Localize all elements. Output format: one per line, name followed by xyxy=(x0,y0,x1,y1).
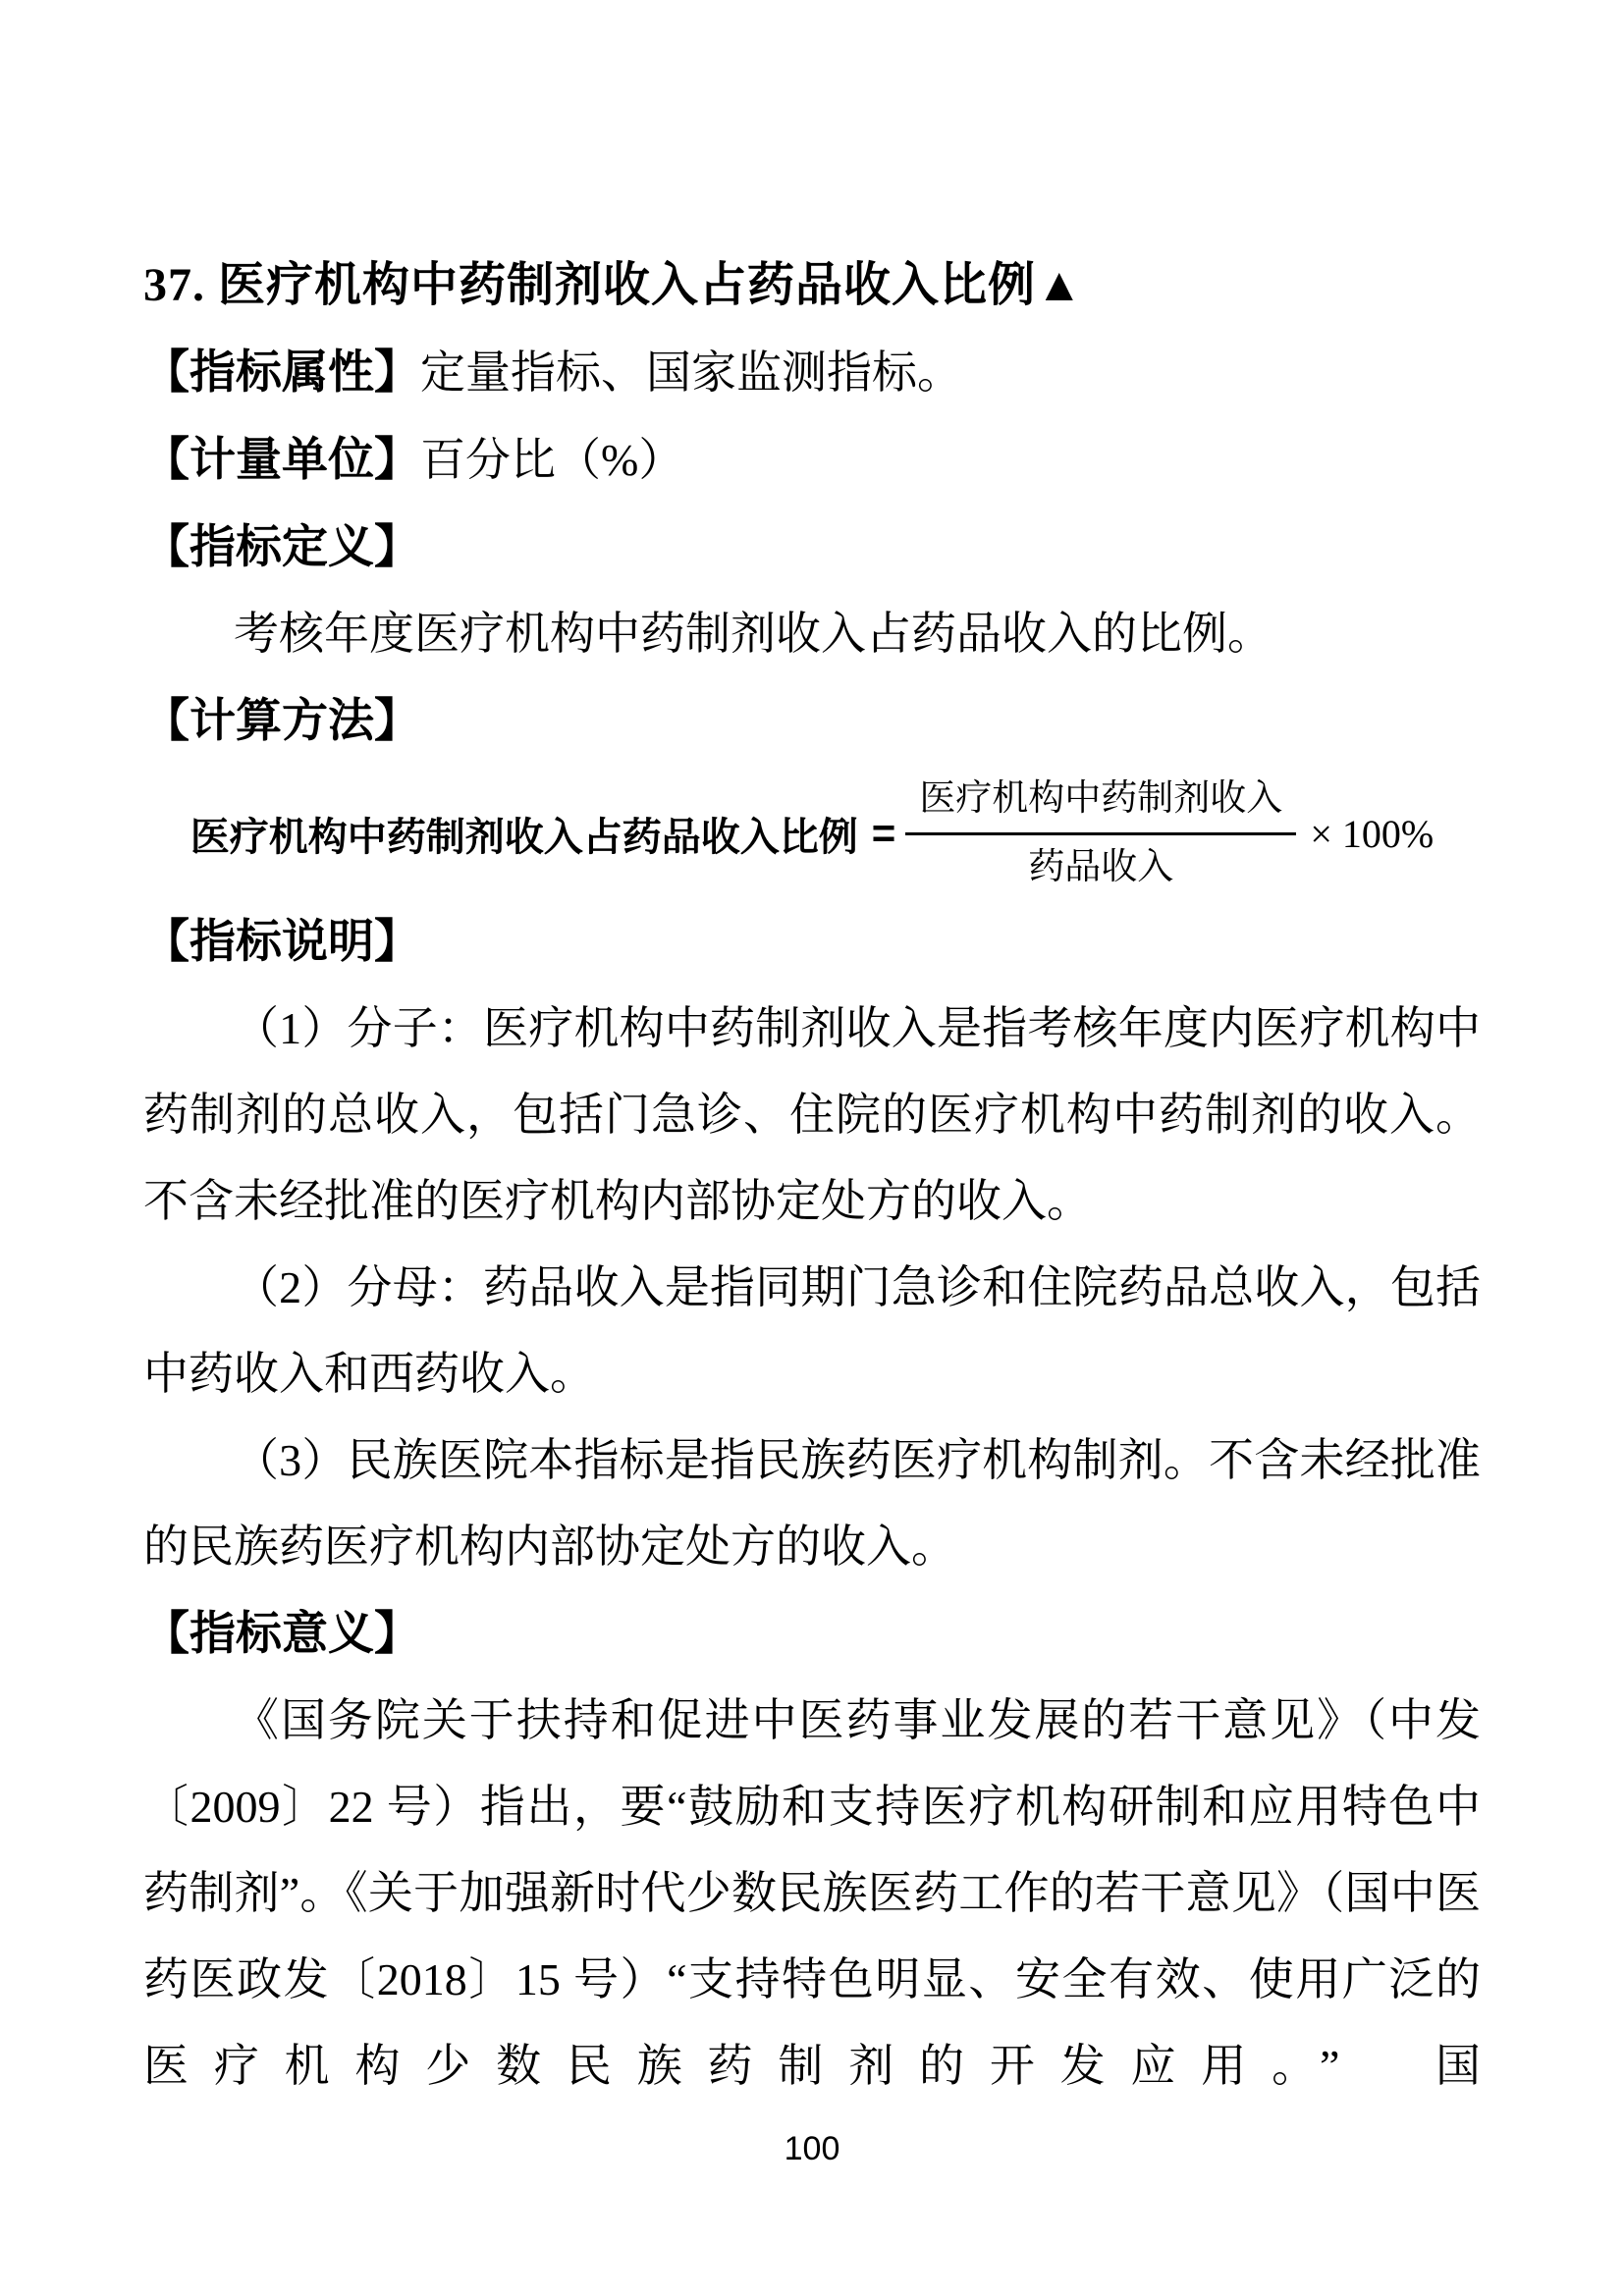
section-definition-heading: 【指标定义】 xyxy=(143,504,1481,591)
section-attribute: 【指标属性】定量指标、国家监测指标。 xyxy=(143,329,1481,416)
definition-text: 考核年度医疗机构中药制剂收入占药品收入的比例。 xyxy=(143,591,1481,677)
definition-heading: 【指标定义】 xyxy=(143,520,420,572)
unit-text: 百分比（%） xyxy=(420,435,683,485)
notes-heading: 【指标说明】 xyxy=(143,915,420,967)
document-content: 37. 医疗机构中药制剂收入占药品收入比例▲ 【指标属性】定量指标、国家监测指标… xyxy=(0,0,1624,2109)
page-number: 100 xyxy=(0,2130,1624,2168)
formula-multiplier: × 100% xyxy=(1310,811,1434,857)
page-title: 37. 医疗机构中药制剂收入占药品收入比例▲ xyxy=(143,242,1481,329)
section-method-heading: 【计算方法】 xyxy=(143,677,1481,765)
formula-lhs: 医疗机构中药制剂收入占药品收入比例 xyxy=(190,806,858,862)
section-notes-heading: 【指标说明】 xyxy=(143,898,1481,986)
notes-paragraph-2: （2）分母：药品收入是指同期门急诊和住院药品总收入，包括中药收入和西药收入。 xyxy=(143,1245,1481,1417)
formula-denominator: 药品收入 xyxy=(1028,835,1173,890)
section-significance-heading: 【指标意义】 xyxy=(143,1590,1481,1678)
significance-heading: 【指标意义】 xyxy=(143,1607,420,1659)
notes-paragraph-3: （3）民族医院本指标是指民族药医疗机构制剂。不含未经批准的民族药医疗机构内部协定… xyxy=(143,1417,1481,1590)
notes-paragraph-1: （1）分子：医疗机构中药制剂收入是指考核年度内医疗机构中药制剂的总收入，包括门急… xyxy=(143,986,1481,1245)
unit-heading: 【计量单位】 xyxy=(143,433,420,485)
method-heading: 【计算方法】 xyxy=(143,694,420,746)
formula-fraction: 医疗机构中药制剂收入 药品收入 xyxy=(905,776,1296,890)
document-page: 37. 医疗机构中药制剂收入占药品收入比例▲ 【指标属性】定量指标、国家监测指标… xyxy=(0,0,1624,2296)
attribute-text: 定量指标、国家监测指标。 xyxy=(420,347,962,398)
attribute-heading: 【指标属性】 xyxy=(143,346,420,398)
significance-paragraph-1: 《国务院关于扶持和促进中医药事业发展的若干意见》（中发〔2009〕22 号）指出… xyxy=(143,1678,1481,2109)
formula-numerator: 医疗机构中药制剂收入 xyxy=(905,776,1296,834)
section-unit: 【计量单位】百分比（%） xyxy=(143,416,1481,504)
formula-equals-sign: = xyxy=(872,810,896,857)
calculation-formula: 医疗机构中药制剂收入占药品收入比例 = 医疗机构中药制剂收入 药品收入 × 10… xyxy=(143,769,1481,898)
